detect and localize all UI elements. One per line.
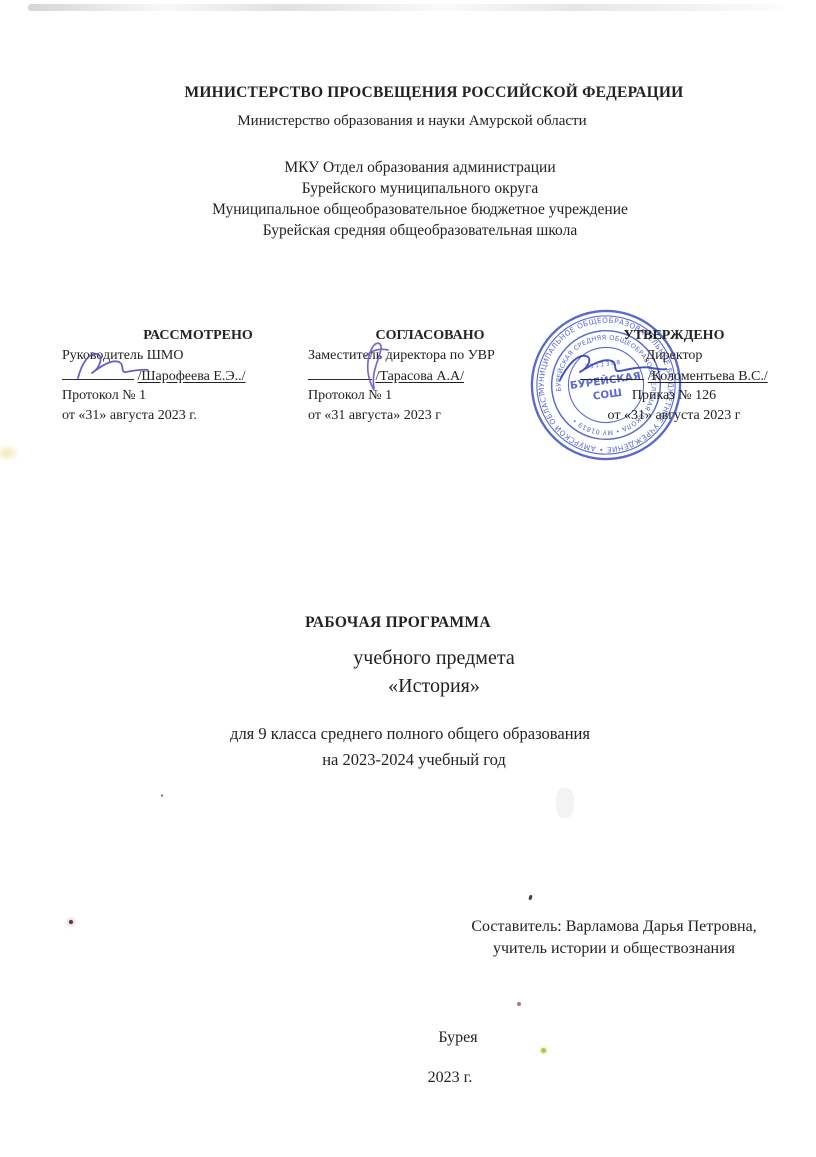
ministry-federal-heading: МИНИСТЕРСТВО ПРОСВЕЩЕНИЯ РОССИЙСКОЙ ФЕДЕ… [34, 84, 816, 102]
subject-block: учебного предмета «История» [26, 644, 816, 700]
approval-column-approved: УТВЕРЖДЕНО Директор /Коломентьева В.С./ … [553, 326, 795, 425]
scan-speck [69, 920, 73, 924]
author-name-line: Составитель: Варламова Дарья Петровна, [454, 916, 774, 938]
approval-doc-line: Приказ № 126 [553, 386, 795, 406]
subject-name: «История» [26, 672, 816, 700]
scan-speck [517, 1002, 521, 1006]
author-title-line: учитель истории и обществознания [454, 938, 774, 960]
approval-status: РАССМОТРЕНО [62, 326, 334, 346]
ministry-regional-heading: Министерство образования и науки Амурско… [4, 113, 816, 130]
signature-line [580, 365, 644, 380]
approval-status: УТВЕРЖДЕНО [553, 326, 795, 346]
signature-name: /Коломентьева В.С./ [648, 369, 768, 384]
signature-row: /Шарофеева Е.Э../ [62, 365, 334, 386]
approval-status: СОГЛАСОВАНО [308, 326, 552, 346]
school-year-line: на 2023-2024 учебный год [6, 750, 816, 770]
scan-speck [541, 1048, 546, 1053]
signature-line [62, 365, 134, 380]
approval-date-line: от «31» августа 2023 г [553, 406, 795, 426]
approval-role: Директор [553, 346, 795, 366]
org-line: Бурейская средняя общеобразовательная шк… [12, 220, 816, 241]
signature-line [308, 365, 372, 380]
scan-streak [28, 4, 784, 11]
document-type-title: РАБОЧАЯ ПРОГРАММА [0, 614, 806, 632]
signature-name: /Тарасова А.А/ [376, 369, 464, 384]
location-line: Бурея [50, 1029, 816, 1047]
org-line: МКУ Отдел образования администрации [12, 157, 816, 178]
signature-row: /Коломентьева В.С./ [553, 365, 795, 386]
author-block: Составитель: Варламова Дарья Петровна, у… [454, 916, 774, 960]
approval-doc-line: Протокол № 1 [308, 386, 552, 406]
scan-speck [528, 895, 532, 901]
signature-row: /Тарасова А.А/ [308, 365, 552, 386]
document-page: МИНИСТЕРСТВО ПРОСВЕЩЕНИЯ РОССИЙСКОЙ ФЕДЕ… [0, 0, 816, 1157]
approval-column-agreed: СОГЛАСОВАНО Заместитель директора по УВР… [308, 326, 552, 425]
signature-name: /Шарофеева Е.Э../ [138, 369, 246, 384]
scan-smudge [556, 788, 574, 818]
approval-role: Руководитель ШМО [62, 346, 334, 366]
grade-line: для 9 класса среднего полного общего обр… [2, 724, 816, 744]
scan-smudge [0, 444, 20, 462]
approval-date-line: от «31» августа 2023 г. [62, 406, 334, 426]
approval-date-line: от «31 августа» 2023 г [308, 406, 552, 426]
approval-role: Заместитель директора по УВР [308, 346, 552, 366]
organization-block: МКУ Отдел образования администрации Буре… [12, 157, 816, 241]
subject-intro: учебного предмета [26, 644, 816, 672]
org-line: Бурейского муниципального округа [12, 178, 816, 199]
approval-doc-line: Протокол № 1 [62, 386, 334, 406]
scan-speck [161, 794, 163, 797]
year-line: 2023 г. [42, 1069, 816, 1087]
org-line: Муниципальное общеобразовательное бюджет… [12, 199, 816, 220]
approval-column-reviewed: РАССМОТРЕНО Руководитель ШМО /Шарофеева … [62, 326, 334, 425]
